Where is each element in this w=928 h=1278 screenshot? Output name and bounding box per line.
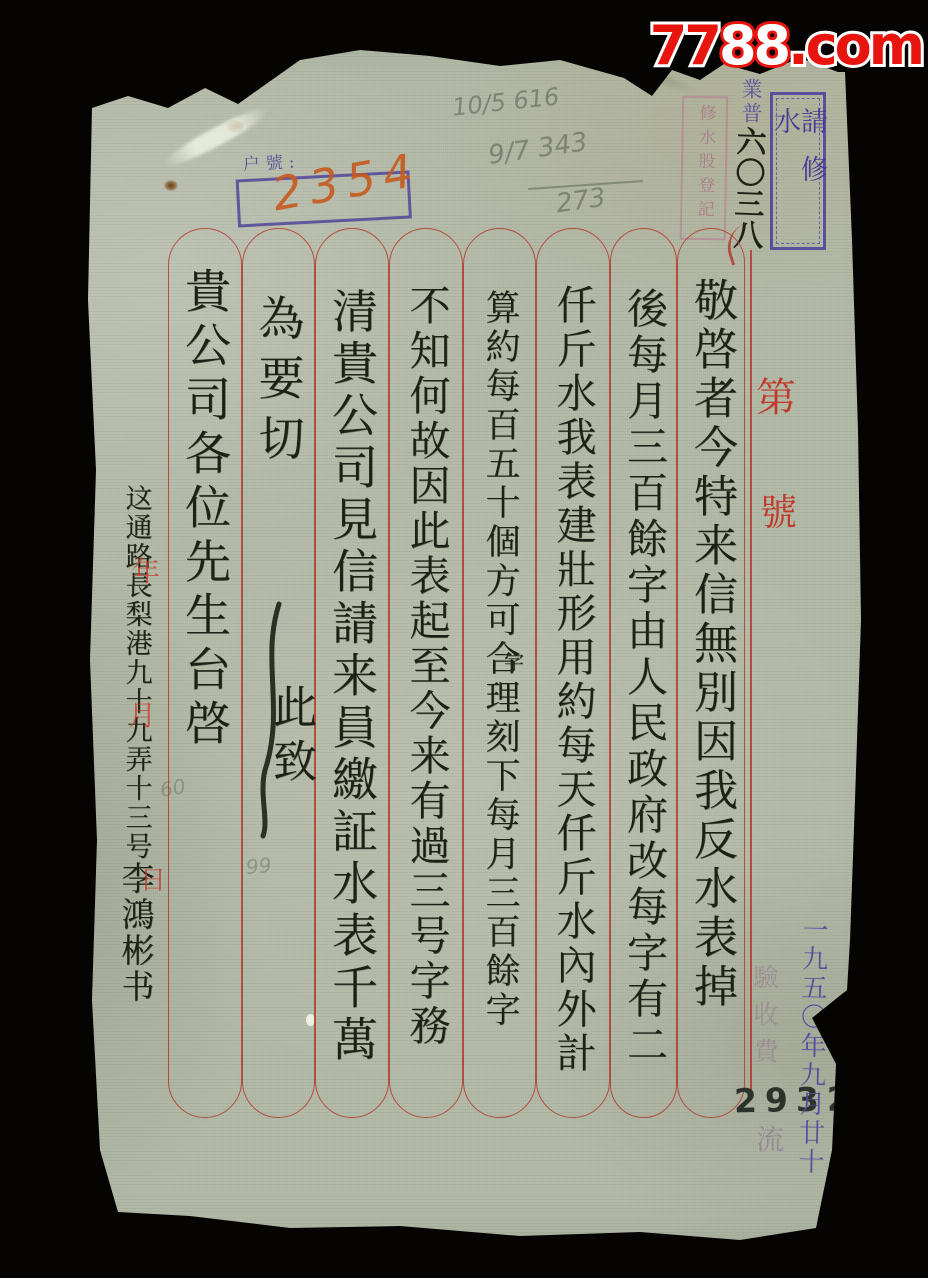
handwritten-date: 一九五〇年九月廿十 (796, 916, 827, 1177)
brush-flourish-stroke (255, 600, 289, 840)
red-overstamp-month: 月 (128, 694, 156, 734)
site-watermark: 7788.com (650, 14, 922, 77)
photographed-letter: 業普 六〇三八 修水股登記 請修水 户號: 2354 10/5 616 9/7 … (0, 0, 928, 1278)
letterhead-number-suffix: 號 (760, 482, 797, 536)
watermark-seg-1: 77 (650, 14, 719, 77)
letter-column-2-text: 後每月三百餘字由人民政府改每字有二 (623, 229, 664, 1117)
request-water-repair-stamp-text: 請修水 (771, 95, 825, 247)
pencil-note-2: 9/7 343 (486, 127, 589, 171)
pencil-note-3: 273 (554, 183, 607, 220)
letterhead-number-prefix: 第 (756, 366, 796, 423)
letter-column-3-text: 仟斤水我表建壯形用約每天仟斤水內外計 (553, 229, 593, 1117)
watermark-seg-2: 88 (719, 14, 788, 77)
sender-address: 这通路長梨港九十九弄十三号 (121, 484, 152, 861)
letter-column-1-text: 敬啓者今特来信無別因我反水表掉 (689, 229, 733, 1117)
request-water-repair-stamp: 請修水 (770, 92, 826, 250)
letter-column-4: 算約每百五十個方可合理刻下每月三百餘字 (463, 228, 536, 1118)
paper-sheet: 業普 六〇三八 修水股登記 請修水 户號: 2354 10/5 616 9/7 … (0, 0, 928, 1278)
red-overstamp-day: 日 (140, 860, 166, 897)
letter-column-6: 清貴公司見信請来員繳証水表千萬 (315, 228, 389, 1118)
letter-column-8: 貴公司各位先生台啓 (168, 228, 242, 1118)
letter-column-4-inline-note: 字 (504, 646, 524, 675)
letter-salutation-text: 貴公司各位先生台啓 (182, 229, 228, 1117)
letter-column-1: 敬啓者今特来信無別因我反水表掉 (677, 228, 745, 1118)
red-overstamp-year: 年 (132, 550, 160, 590)
rust-stain (164, 180, 178, 191)
faint-purple-stamp-text: 驗收費 (752, 964, 777, 1075)
letter-column-3: 仟斤水我表建壯形用約每天仟斤水內外計 (536, 228, 610, 1118)
faint-purple-stamp-char: 流 (756, 1118, 784, 1158)
pencil-note-1: 10/5 616 (451, 82, 561, 121)
watermark-seg-3: .com (788, 14, 922, 77)
letter-column-2: 後每月三百餘字由人民政府改每字有二 (610, 228, 677, 1118)
letter-column-5: 不知何故因此表起至今来有過三号字務 (389, 228, 463, 1118)
account-number-stamp: 户號: 2354 (234, 141, 412, 227)
faint-registry-stamp: 修水股登記 (680, 96, 729, 241)
category-stamp-label: 業普 (740, 78, 761, 126)
faint-registry-stamp-text: 修水股登記 (694, 98, 713, 238)
letter-column-6-text: 清貴公司見信請来員繳証水表千萬 (329, 229, 375, 1117)
letter-column-5-text: 不知何故因此表起至今来有過三号字務 (406, 229, 447, 1117)
